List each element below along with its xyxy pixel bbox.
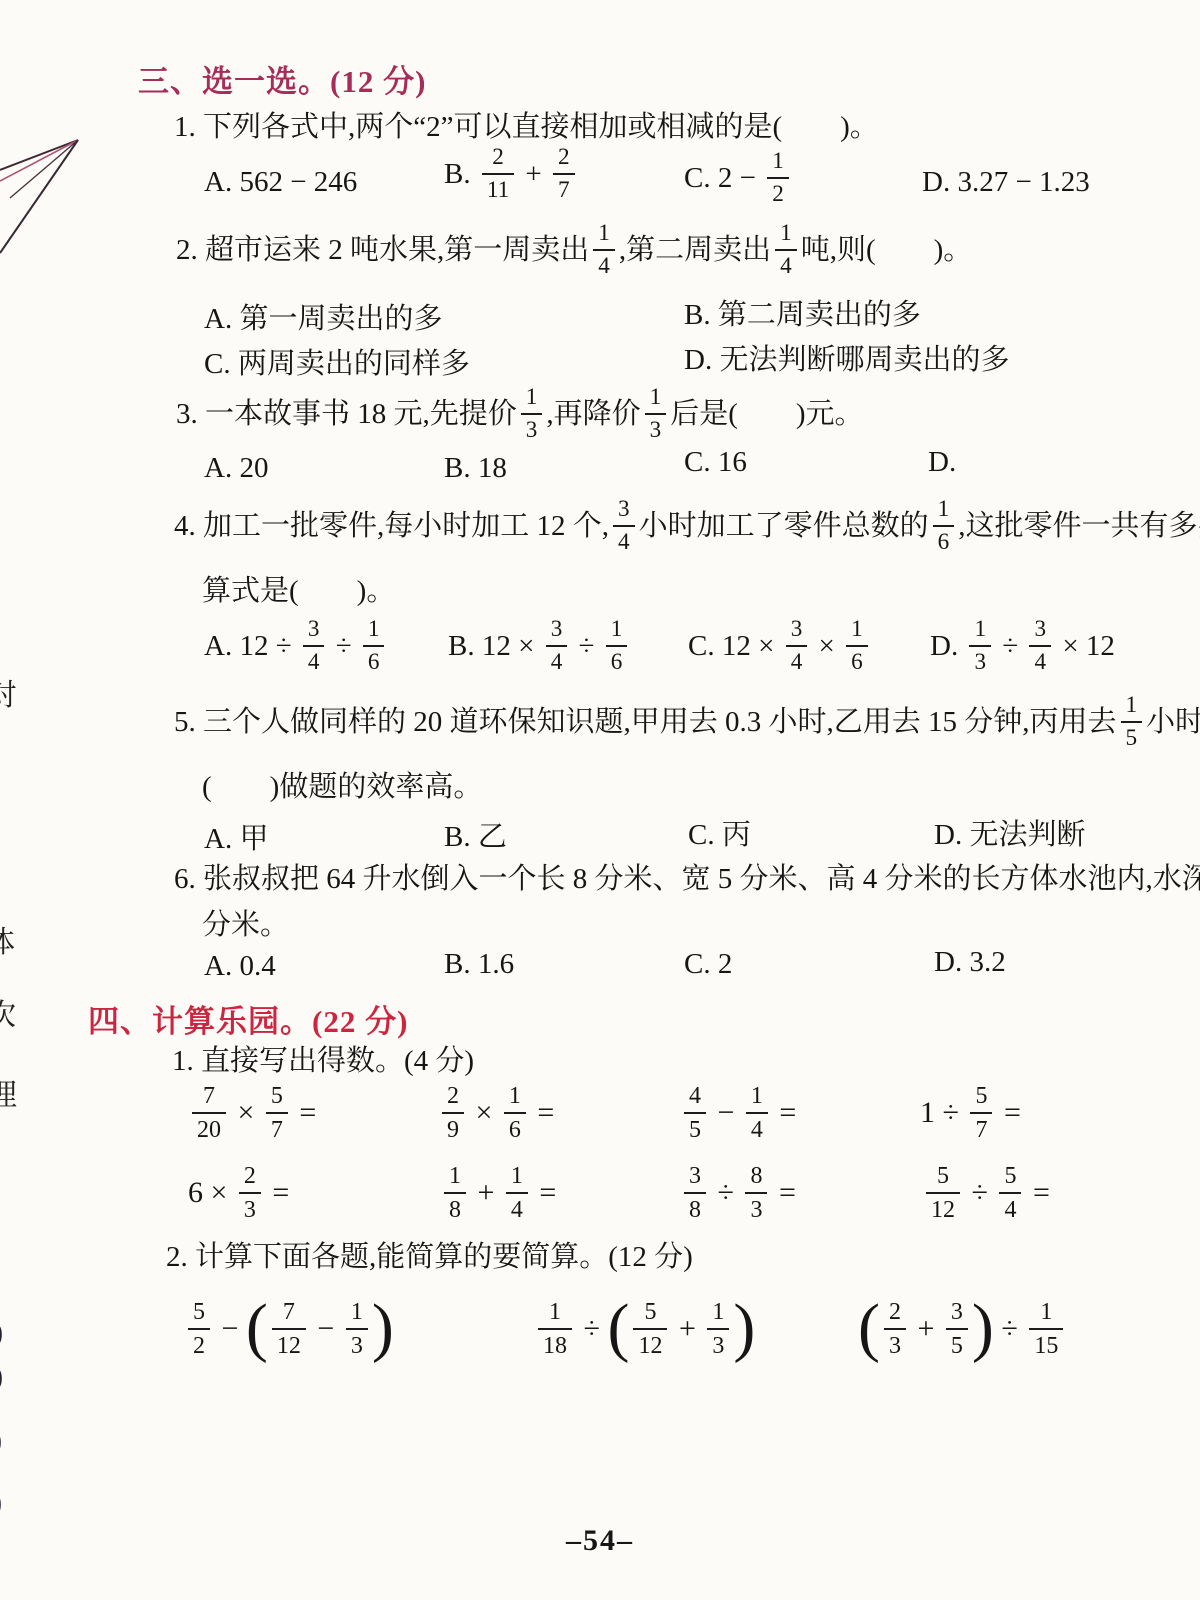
section4-sub1: 1. 直接写出得数。(4 分) <box>172 1044 474 1079</box>
q6-option-b: B. 1.6 <box>444 948 514 981</box>
q1-text: 1. 下列各式中,两个“2”可以直接相加或相减的是( )。 <box>174 110 879 145</box>
q3-option-b: B. 18 <box>444 452 507 485</box>
calc-item: 18 + 14 = <box>440 1166 556 1224</box>
fraction: 52 <box>188 1300 210 1358</box>
section4-heading: 四、计算乐园。(22 分) <box>88 996 408 1041</box>
page-number: –54– <box>0 1524 1200 1558</box>
fraction: 34 <box>1029 618 1051 674</box>
q4-text-line2: 算式是( )。 <box>202 574 395 609</box>
fraction: 16 <box>846 618 868 674</box>
fraction: 720 <box>192 1084 226 1142</box>
fraction: 16 <box>504 1084 526 1142</box>
q2-text: 2. 超市运来 2 吨水果,第一周卖出14,第二周卖出14吨,则( )。 <box>176 224 972 280</box>
q1-option-a: A. 562 − 246 <box>204 166 357 199</box>
fraction: 34 <box>613 498 635 554</box>
margin-mark: 0 <box>0 1424 2 1461</box>
fraction: 57 <box>970 1084 992 1142</box>
fraction: 16 <box>606 618 628 674</box>
margin-mark: 0 <box>0 1486 2 1523</box>
fraction: 14 <box>593 222 615 278</box>
fraction: 13 <box>346 1300 368 1358</box>
fraction: 27 <box>553 146 575 202</box>
q4-option-b: B. 12 × 34 ÷ 16 <box>448 620 631 676</box>
fraction: 29 <box>442 1084 464 1142</box>
simplify-expression: 118 ÷ (512 + 13) <box>534 1302 755 1360</box>
calc-item: 1 ÷ 57 = <box>920 1086 1021 1144</box>
q5-text-line2: ( )做题的效率高。 <box>202 770 482 805</box>
fraction: 83 <box>745 1164 767 1222</box>
fraction: 23 <box>239 1164 261 1222</box>
q3-option-a: A. 20 <box>204 452 268 485</box>
q3-option-c: C. 16 <box>684 446 747 479</box>
calc-item: 6 × 23 = <box>188 1166 289 1224</box>
fraction: 18 <box>444 1164 466 1222</box>
margin-mark: 0 <box>0 1316 3 1353</box>
q3-text: 3. 一本故事书 18 元,先提价13,再降价13后是( )元。 <box>176 388 864 444</box>
worksheet-page: 对 体 次 理 ) 0 0 0 0 三、选一选。(12 分) 1. 下列各式中,… <box>0 0 1200 1600</box>
fraction: 23 <box>884 1300 906 1358</box>
calc-item: 38 ÷ 83 = <box>680 1166 796 1224</box>
fraction: 14 <box>506 1164 528 1222</box>
section4-sub2: 2. 计算下面各题,能简算的要简算。(12 分) <box>166 1240 693 1275</box>
q2-option-b: B. 第二周卖出的多 <box>684 292 921 333</box>
fraction: 13 <box>969 618 991 674</box>
fraction: 15 <box>1121 694 1143 750</box>
fraction: 45 <box>684 1084 706 1142</box>
fraction: 14 <box>775 222 797 278</box>
q5-option-d: D. 无法判断 <box>934 812 1085 853</box>
q6-option-c: C. 2 <box>684 948 732 981</box>
fraction: 14 <box>746 1084 768 1142</box>
pencil-arrow-sketch <box>0 118 110 258</box>
calc-item: 512 ÷ 54 = <box>922 1166 1050 1224</box>
q4-text: 4. 加工一批零件,每小时加工 12 个,34小时加工了零件总数的16,这批零件… <box>174 500 1200 556</box>
calc-item: 29 × 16 = <box>438 1086 554 1144</box>
fraction: 12 <box>767 150 789 206</box>
fraction: 35 <box>946 1300 968 1358</box>
q4-option-c: C. 12 × 34 × 16 <box>688 620 872 676</box>
fraction: 712 <box>272 1300 306 1358</box>
margin-char: 次 <box>0 990 16 1034</box>
q5-option-c: C. 丙 <box>688 812 751 853</box>
margin-mark: 0 <box>0 1360 3 1397</box>
fraction: 115 <box>1029 1300 1063 1358</box>
q5-option-a: A. 甲 <box>204 816 268 857</box>
calc-item: 45 − 14 = <box>680 1086 796 1144</box>
q3-option-d: D. <box>928 446 956 479</box>
fraction: 118 <box>538 1300 572 1358</box>
q1-option-d: D. 3.27 − 1.23 <box>922 166 1090 199</box>
q6-text-line2: 分米。 <box>202 908 289 943</box>
q1-option-c: C. 2 − 12 <box>684 152 793 208</box>
q4-option-a: A. 12 ÷ 34 ÷ 16 <box>204 620 388 676</box>
q2-option-a: A. 第一周卖出的多 <box>204 296 442 337</box>
fraction: 54 <box>999 1164 1021 1222</box>
calc-item: 720 × 57 = <box>188 1086 316 1144</box>
margin-char: 理 <box>0 1070 17 1114</box>
fraction: 211 <box>482 146 514 202</box>
margin-char: 对 <box>0 670 17 714</box>
fraction: 13 <box>521 386 543 442</box>
fraction: 34 <box>546 618 568 674</box>
fraction: 34 <box>786 618 808 674</box>
margin-char: 体 <box>0 917 15 961</box>
q1-option-b: B. 211 + 27 <box>444 148 579 204</box>
q6-option-a: A. 0.4 <box>204 950 276 983</box>
q2-option-d: D. 无法判断哪周卖出的多 <box>684 337 1009 378</box>
q4-option-d: D. 13 ÷ 34 × 12 <box>930 620 1115 676</box>
fraction: 512 <box>633 1300 667 1358</box>
q6-option-d: D. 3.2 <box>934 946 1006 979</box>
q6-text: 6. 张叔叔把 64 升水倒入一个长 8 分米、宽 5 分米、高 4 分米的长方… <box>174 862 1200 897</box>
fraction: 16 <box>363 618 385 674</box>
fraction: 34 <box>303 618 325 674</box>
q5-text: 5. 三个人做同样的 20 道环保知识题,甲用去 0.3 小时,乙用去 15 分… <box>174 696 1200 752</box>
fraction: 512 <box>926 1164 960 1222</box>
fraction: 13 <box>707 1300 729 1358</box>
simplify-expression: 52 − (712 − 13) <box>184 1302 394 1360</box>
fraction: 57 <box>266 1084 288 1142</box>
q2-option-c: C. 两周卖出的同样多 <box>204 341 470 382</box>
section3-heading: 三、选一选。(12 分) <box>138 56 426 101</box>
fraction: 38 <box>684 1164 706 1222</box>
fraction: 13 <box>645 386 667 442</box>
q5-option-b: B. 乙 <box>444 814 507 855</box>
fraction: 16 <box>933 498 955 554</box>
simplify-expression: (23 + 35) ÷ 115 <box>858 1302 1067 1360</box>
